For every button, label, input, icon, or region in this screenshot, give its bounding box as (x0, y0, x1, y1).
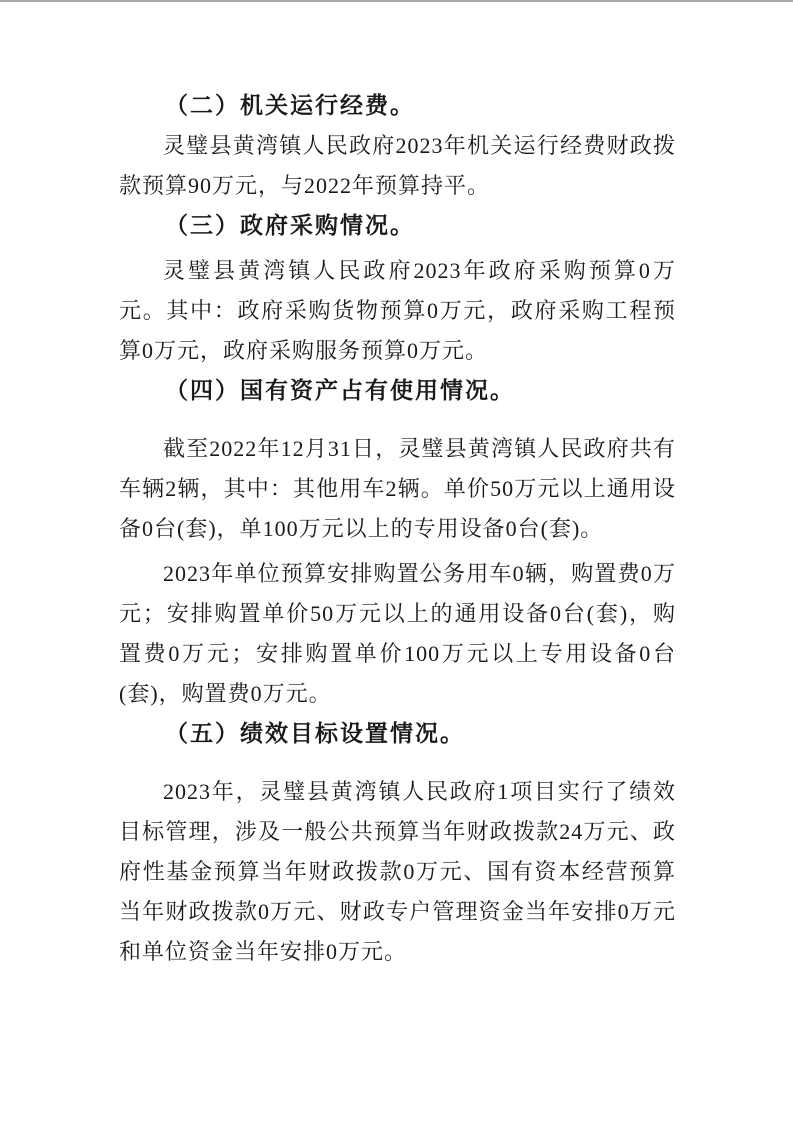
paragraph-performance-targets: 2023年，灵璧县黄湾镇人民政府1项目实行了绩效目标管理，涉及一般公共预算当年财… (119, 772, 676, 972)
paragraph-state-assets-purchase-plan: 2023年单位预算安排购置公务用车0辆，购置费0万元；安排购置单价50万元以上的… (119, 554, 676, 714)
section-heading-government-procurement: （三）政府采购情况。 (119, 206, 676, 246)
section-heading-agency-operating-funds: （二）机关运行经费。 (119, 86, 676, 126)
paragraph-government-procurement: 灵璧县黄湾镇人民政府2023年政府采购预算0万元。其中：政府采购货物预算0万元，… (119, 251, 676, 371)
paragraph-agency-operating-funds: 灵璧县黄湾镇人民政府2023年机关运行经费财政拨款预算90万元，与2022年预算… (119, 126, 676, 206)
section-heading-state-assets-usage: （四）国有资产占有使用情况。 (119, 371, 676, 411)
document-content: （二）机关运行经费。 灵璧县黄湾镇人民政府2023年机关运行经费财政拨款预算90… (119, 86, 676, 972)
section-heading-performance-targets: （五）绩效目标设置情况。 (119, 714, 676, 754)
document-page: （二）机关运行经费。 灵璧县黄湾镇人民政府2023年机关运行经费财政拨款预算90… (0, 0, 793, 1122)
paragraph-state-assets-vehicles: 截至2022年12月31日，灵璧县黄湾镇人民政府共有车辆2辆，其中：其他用车2辆… (119, 429, 676, 549)
